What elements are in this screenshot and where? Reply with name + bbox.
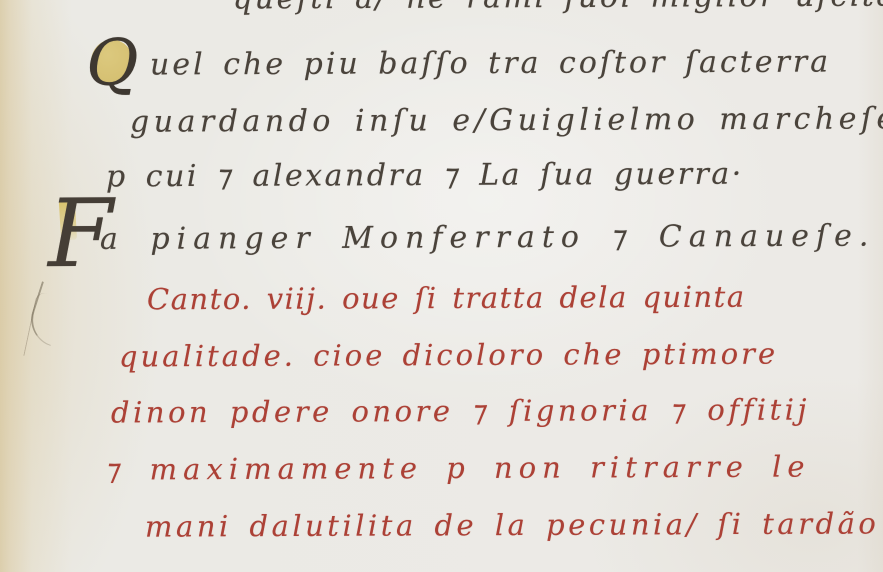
verse-line-cropped: queſti a/ ne rami ſuoi miglior uſcita. [233,0,883,17]
manuscript-page: queſti a/ ne rami ſuoi miglior uſcita. Q… [0,0,883,572]
rubric-text: mani dalutilita de la pecunia/ ſi tardão [145,506,880,543]
verse-text: guardando inſu e/Guiglielmo marcheſe [130,101,883,139]
rubric-text: qualitade. cioe dicoloro che ptimore [119,337,778,374]
decorated-initial-f: F [48,192,99,322]
rubric-line-5: mani dalutilita de la pecunia/ ſi tardão [145,505,880,544]
verse-text: queſti a/ ne rami ſuoi miglior uſcita. [233,0,883,16]
rubric-text: Canto. viij. oue ſi tratta dela quinta [147,280,746,317]
verse-line-4: F a pianger Monferrato ⁊ Canaueſe. 46. [100,218,883,258]
verse-text: p cui ⁊ alexandra ⁊ La ſua guerra· [106,157,744,195]
rubric-line-4: ⁊ maximamente p non ritrarre le [106,448,811,487]
rubric-line-2: qualitade. cioe dicoloro che ptimore [119,336,778,375]
rubric-text: dinon pdere onore ⁊ ſignoria ⁊ offitij [111,392,810,429]
verse-text: a pianger Monferrato ⁊ Canaueſe. 46. [100,218,883,257]
verse-line-3: p cui ⁊ alexandra ⁊ La ſua guerra· [106,157,744,196]
verse-text: uel che piu baſſo tra coſtor ſacterra [150,45,831,83]
initial-letter: Q [86,32,139,96]
rubric-line-3: dinon pdere onore ⁊ ſignoria ⁊ offitij [111,391,810,430]
decorated-initial-q: Q [86,32,146,108]
verse-line-1: Q uel che piu baſſo tra coſtor ſacterra [150,45,831,84]
rubric-line-1: Canto. viij. oue ſi tratta dela quinta [147,279,746,318]
rubric-text: ⁊ maximamente p non ritrarre le [106,449,811,486]
verse-line-2: guardando inſu e/Guiglielmo marcheſe [130,101,883,140]
initial-letter: F [48,188,114,282]
